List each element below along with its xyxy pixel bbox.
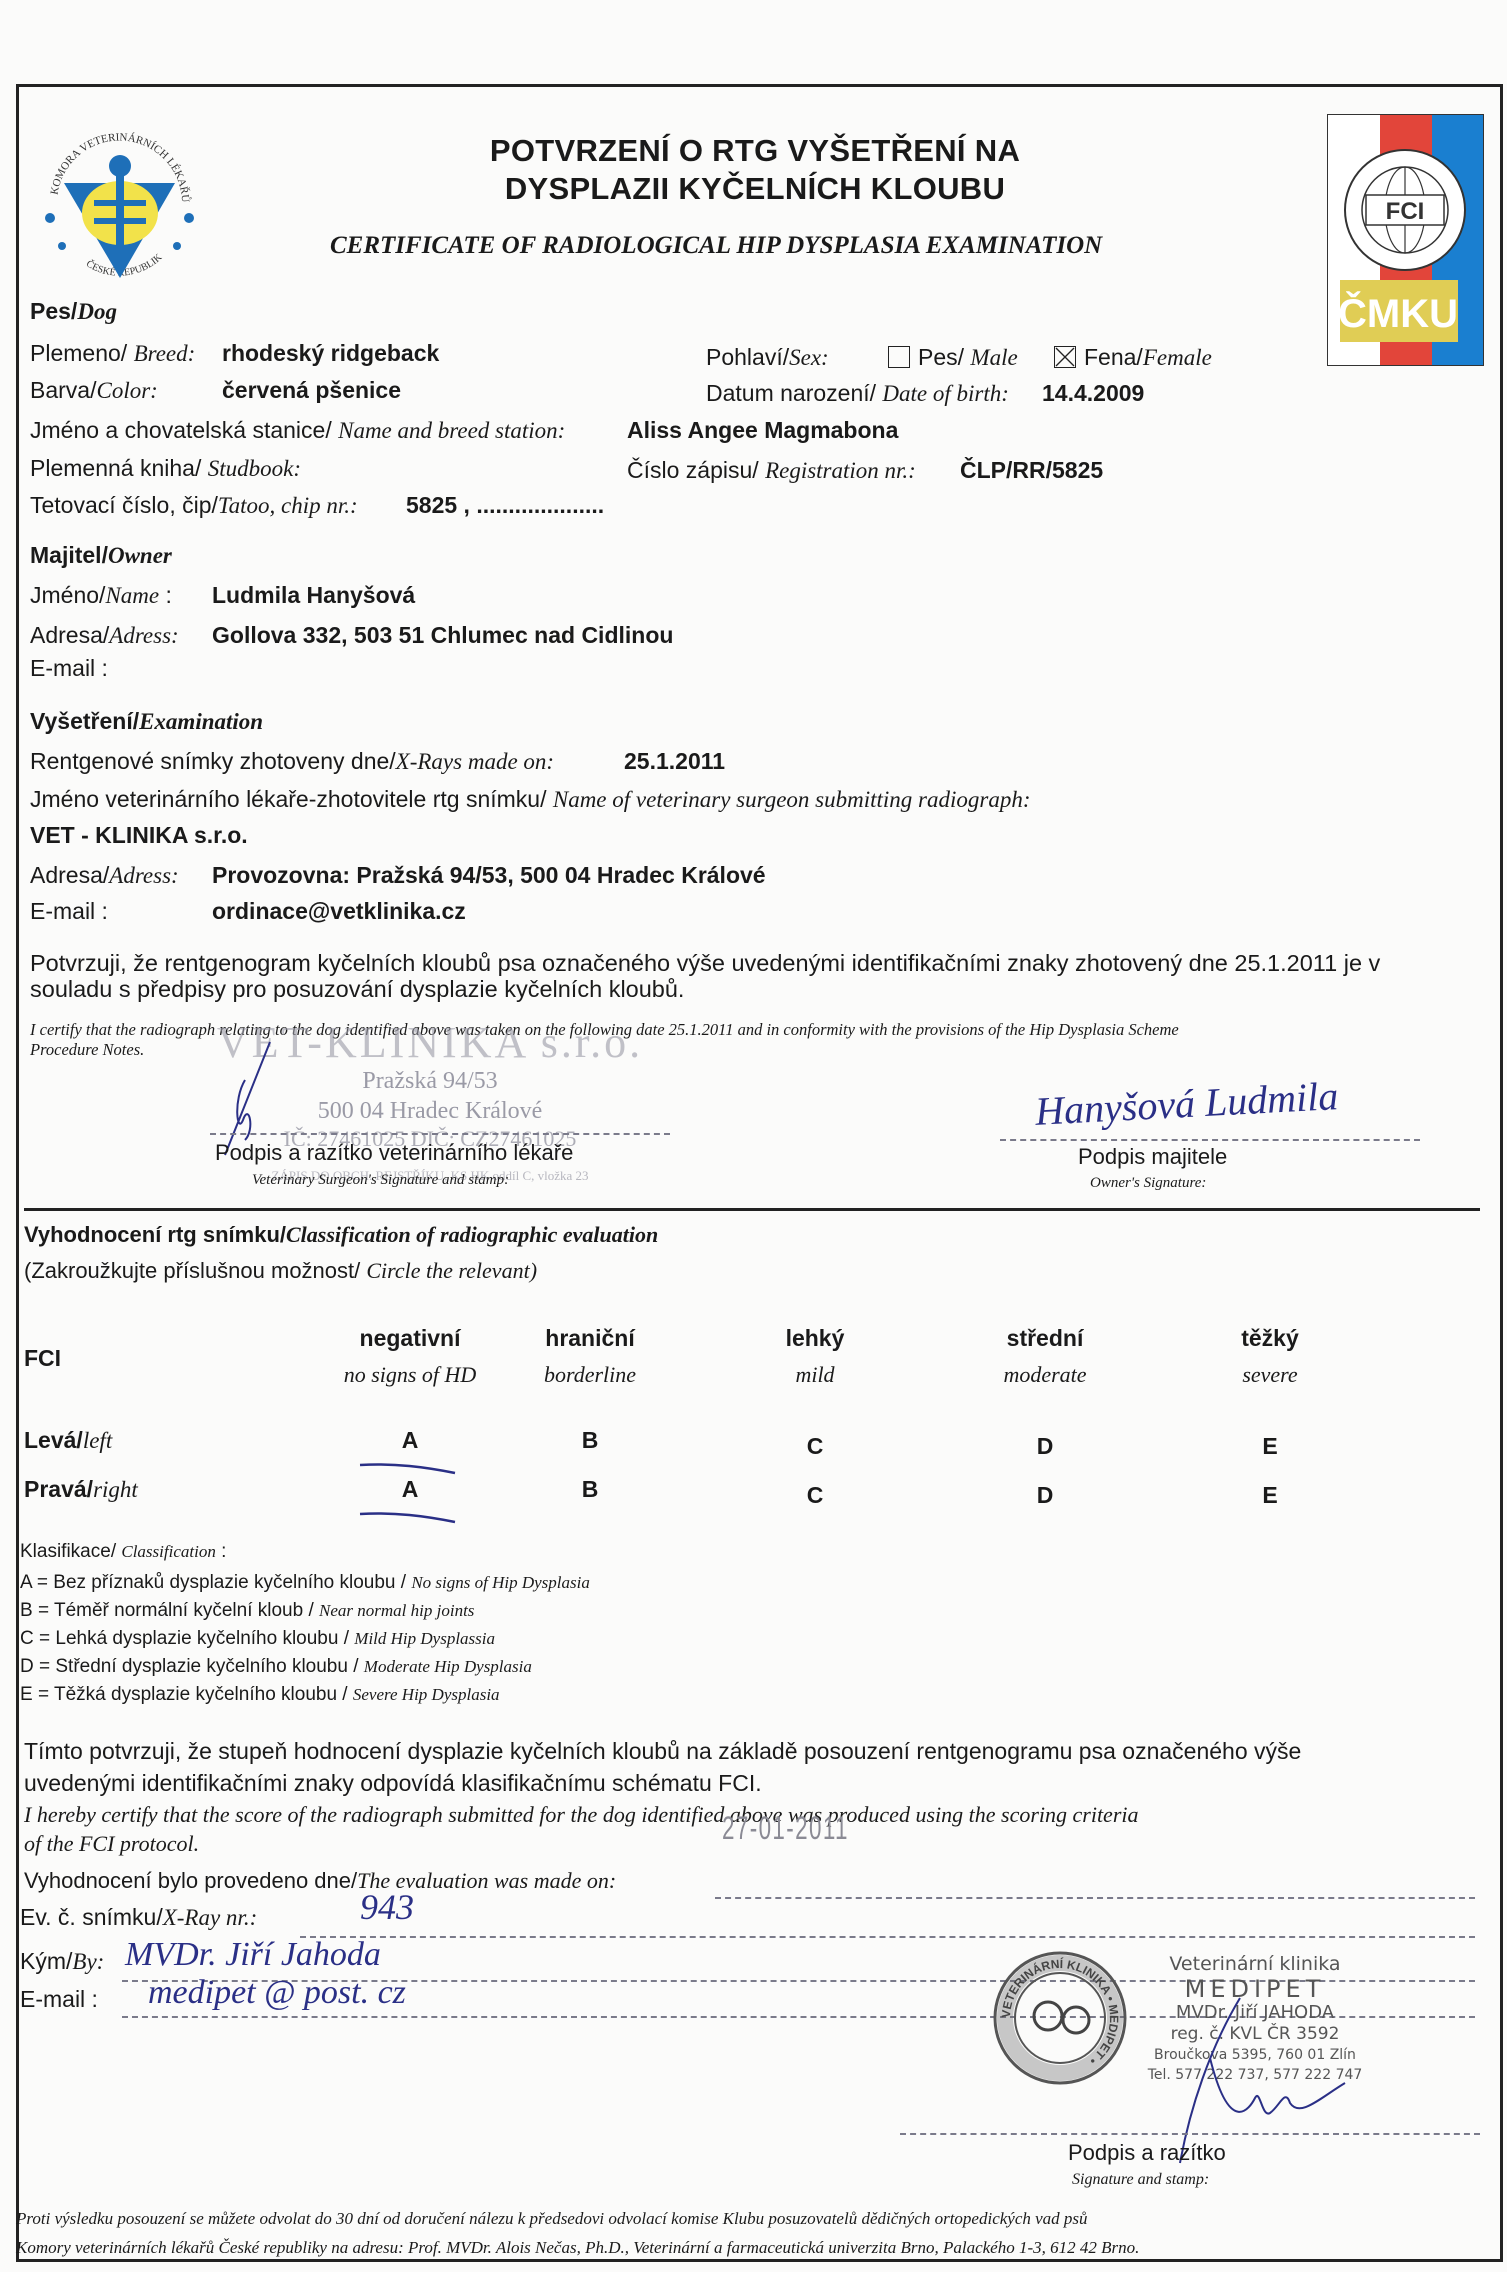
grade-column-subheader: moderate [955, 1362, 1135, 1388]
signature-stamp-line [900, 2133, 1480, 2135]
section-divider [24, 1208, 1480, 1211]
komora-logo: KOMORA VETERINÁRNÍCH LÉKAŘŮ ČESKÉ REPUBL… [32, 108, 207, 298]
date-stamp: 27-01-2011 [722, 1810, 849, 1847]
xray-nr-value: 943 [360, 1886, 414, 1928]
grade-option-e[interactable]: E [1240, 1482, 1300, 1509]
grade-option-c[interactable]: C [785, 1433, 845, 1460]
grade-column-header: hraniční [500, 1325, 680, 1352]
classification-item: D = Střední dysplazie kyčelního kloubu /… [20, 1653, 590, 1681]
grade-option-b[interactable]: B [560, 1476, 620, 1503]
evaluation-section-title: Vyhodnocení rtg snímku/Classification of… [24, 1222, 658, 1248]
vet-email-label: E-mail : [30, 898, 108, 925]
sex-label: Pohlaví/Sex: [706, 344, 829, 371]
color-label: Barva/Color: [30, 377, 158, 404]
grade-option-b[interactable]: B [560, 1427, 620, 1454]
owner-section-title: Majitel/Owner [30, 542, 172, 569]
grade-column-subheader: severe [1180, 1362, 1360, 1388]
xray-date-value: 25.1.2011 [624, 748, 725, 775]
owner-signature-label: Podpis majitele [1078, 1144, 1227, 1170]
vet-confirm-cz: Potvrzuji, že rentgenogram kyčelních klo… [30, 950, 1380, 1002]
footer-appeal-note: Proti výsledku posouzení se můžete odvol… [16, 2204, 1139, 2262]
owner-name-value: Ludmila Hanyšová [212, 582, 415, 609]
vet-name-value: VET - KLINIKA s.r.o. [30, 822, 248, 849]
dog-section-title: Pes/Dog [30, 298, 117, 325]
grade-column-subheader: borderline [500, 1362, 680, 1388]
sex-option-female[interactable]: Fena/Female [1054, 344, 1212, 371]
owner-address-value: Gollova 332, 503 51 Chlumec nad Cidlinou [212, 622, 673, 649]
by-label: Kým/By: [20, 1948, 104, 1975]
classification-item: A = Bez příznaků dysplazie kyčelního klo… [20, 1569, 590, 1597]
grade-column-header: střední [955, 1325, 1135, 1352]
grade-row-label: Levá/left [24, 1427, 112, 1454]
owner-signature-label-en: Owner's Signature: [1090, 1175, 1206, 1192]
classification-item: E = Těžká dysplazie kyčelního kloubu / S… [20, 1681, 590, 1709]
classification-title: Klasifikace/ Classification : [20, 1541, 226, 1563]
breed-value: rhodeský ridgeback [222, 340, 439, 367]
vet-address-value: Provozovna: Pražská 94/53, 500 04 Hradec… [212, 862, 766, 889]
xray-nr-label: Ev. č. snímku/X-Ray nr.: [20, 1904, 257, 1931]
owner-signature-line [1000, 1139, 1420, 1141]
selected-grade-mark-icon [355, 1508, 465, 1528]
tattoo-value: 5825 , .................... [406, 492, 604, 519]
subtitle: CERTIFICATE OF RADIOLOGICAL HIP DYSPLASI… [330, 232, 1102, 260]
signature-stamp-label: Podpis a razítko [1068, 2140, 1226, 2166]
classification-list: A = Bez příznaků dysplazie kyčelního klo… [20, 1569, 590, 1709]
grade-column-subheader: no signs of HD [320, 1362, 500, 1388]
vet-signature-label: Podpis a razítko veterinárního lékaře [215, 1140, 573, 1166]
fci-logo-icon: FCI ČMKU [1328, 115, 1483, 365]
dob-value: 14.4.2009 [1042, 380, 1144, 407]
xray-date-label: Rentgenové snímky zhotoveny dne/X-Rays m… [30, 748, 554, 775]
female-checkbox-checked[interactable] [1054, 346, 1076, 368]
eval-email-label: E-mail : [20, 1986, 98, 2013]
fci-cmku-logo: FCI ČMKU [1327, 114, 1484, 366]
grade-column-header: lehký [725, 1325, 905, 1352]
grade-option-a[interactable]: A [380, 1476, 440, 1503]
vet-address-label: Adresa/Adress: [30, 862, 179, 889]
grade-column-header: negativní [320, 1325, 500, 1352]
studbook-label: Plemenná kniha/ Studbook: [30, 455, 301, 482]
by-value: MVDr. Jiří Jahoda [125, 1936, 381, 1974]
dog-name-value: Aliss Angee Magmabona [627, 417, 898, 444]
grade-option-c[interactable]: C [785, 1482, 845, 1509]
evaluation-certify-cz: Tímto potvrzuji, že stupeň hodnocení dys… [24, 1735, 1301, 1799]
owner-name-label: Jméno/Name : [30, 582, 172, 609]
breed-label: Plemeno/ Breed: [30, 340, 195, 367]
grade-option-e[interactable]: E [1240, 1433, 1300, 1460]
vet-signature-label-en: Veterinary Surgeon's Signature and stamp… [252, 1172, 509, 1189]
exam-section-title: Vyšetření/Examination [30, 708, 263, 735]
eval-email-value: medipet @ post. cz [148, 1974, 406, 2012]
vet-signature-line [210, 1133, 670, 1135]
sex-option-male[interactable]: Pes/ Male [888, 344, 1018, 371]
grade-column-header: těžký [1180, 1325, 1360, 1352]
signature-stamp-label-en: Signature and stamp: [1072, 2171, 1209, 2189]
evaluation-instruction: (Zakroužkujte příslušnou možnost/ Circle… [24, 1258, 537, 1284]
classification-item: B = Téměř normální kyčelní kloub / Near … [20, 1597, 590, 1625]
dog-name-label: Jméno a chovatelská stanice/ Name and br… [30, 417, 565, 444]
title-line2: DYSPLAZII KYČELNÍCH KLOUBU [430, 170, 1080, 208]
grade-option-d[interactable]: D [1015, 1433, 1075, 1460]
svg-text:FCI: FCI [1386, 198, 1425, 225]
color-value: červená pšenice [222, 377, 401, 404]
owner-email-label: E-mail : [30, 655, 108, 682]
registration-value: ČLP/RR/5825 [960, 457, 1103, 484]
fci-label: FCI [24, 1345, 61, 1372]
grade-option-d[interactable]: D [1015, 1482, 1075, 1509]
vet-email-value: ordinace@vetklinika.cz [212, 898, 466, 925]
classification-item: C = Lehká dysplazie kyčelního kloubu / M… [20, 1625, 590, 1653]
tattoo-label: Tetovací číslo, čip/Tatoo, chip nr.: [30, 492, 358, 519]
evaluation-certify-en: I hereby certify that the score of the r… [24, 1800, 1139, 1858]
vet-name-label: Jméno veterinárního lékaře-zhotovitele r… [30, 786, 1031, 813]
medipet-stamp: VETERINÁRNÍ KLINIKA • MEDIPET • Veteriná… [990, 1948, 1390, 2123]
owner-address-label: Adresa/Adress: [30, 622, 179, 649]
svg-text:ČMKU: ČMKU [1338, 290, 1458, 336]
title-line1: POTVRZENÍ O RTG VYŠETŘENÍ NA [430, 132, 1080, 170]
xray-nr-field[interactable] [300, 1936, 1475, 1938]
grade-option-a[interactable]: A [380, 1427, 440, 1454]
grade-row-label: Pravá/right [24, 1476, 138, 1503]
registration-label: Číslo zápisu/ Registration nr.: [627, 457, 916, 484]
komora-logo-icon: KOMORA VETERINÁRNÍCH LÉKAŘŮ ČESKÉ REPUBL… [32, 108, 207, 298]
grade-column-subheader: mild [725, 1362, 905, 1388]
dob-label: Datum narození/ Date of birth: [706, 380, 1009, 407]
evaluation-date-field[interactable] [715, 1897, 1475, 1899]
evaluation-date-label: Vyhodnocení bylo provedeno dne/The evalu… [24, 1868, 616, 1894]
male-checkbox[interactable] [888, 346, 910, 368]
